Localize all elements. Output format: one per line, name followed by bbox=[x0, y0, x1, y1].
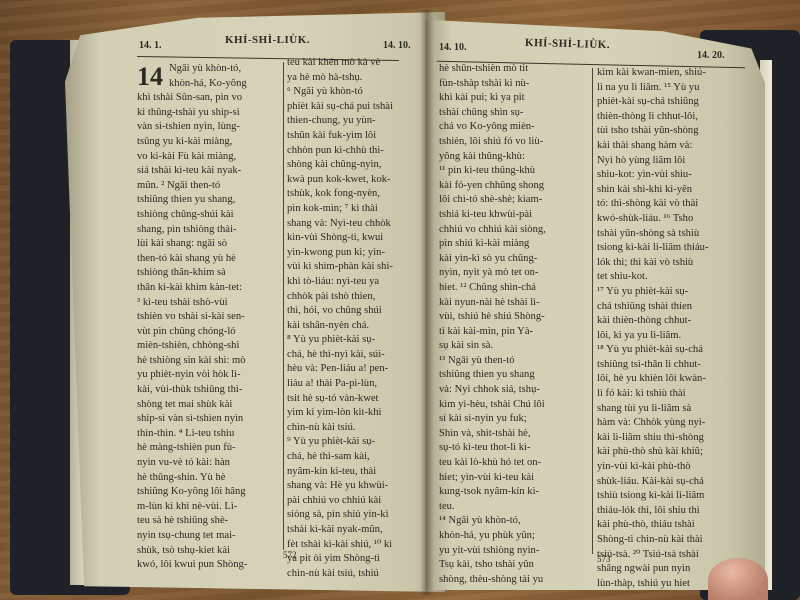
text-line: chá vo Ko-yông mièn- bbox=[439, 120, 589, 135]
text-line: ⁹ Yù yu phièt-kài sụ- bbox=[287, 435, 427, 450]
text-line: hèu và: Pen-liáu a! pen- bbox=[287, 362, 427, 377]
text-line: shùk, tsò tshụ-kiet kài bbox=[137, 544, 279, 559]
text-line: tsit hè sụ-tó vàn-kwet bbox=[287, 392, 427, 407]
text-line: ship-sì vàn sì-tshien nyìn bbox=[137, 412, 279, 427]
text-line: tsûng yu kì-kài miàng, bbox=[137, 135, 279, 150]
text-line: pìn shiú kì-kài miàng bbox=[439, 237, 589, 252]
text-line: vùi, tshiú hè shiú Shòng- bbox=[439, 310, 589, 325]
text-line: kài, vùi-thùk tshiûng thì- bbox=[137, 383, 279, 398]
text-line: kwó, lôi kwui pun Shòng- bbox=[137, 558, 279, 573]
text-line: lôi, kì ya yu lì-liâm. bbox=[597, 329, 745, 344]
text-line: vo kì-kài Fù kài miàng, bbox=[137, 150, 279, 165]
text-line: shòng tet mai shùk kài bbox=[137, 398, 279, 413]
text-line: tshiûng thien yu shang bbox=[439, 368, 589, 383]
text-line: sí kài sì-nyìn yu fuk; bbox=[439, 412, 589, 427]
text-line: yu yit-vùi tshiòng nyìn- bbox=[439, 544, 589, 559]
text-line: kài lì-liâm shiu thì-shòng bbox=[597, 431, 745, 446]
text-line: lôi, hè yu khièn lôi kwàn- bbox=[597, 372, 745, 387]
right-page: 14. 10. KHÍ-SHÌ-LIÙK. 14. 20. hè shûn-ts… bbox=[425, 14, 765, 590]
left-page: 14. 1. KHÍ-SHÌ-LIÙK. 14. 10. 14 Ngāi yù … bbox=[65, 12, 445, 592]
text-line: khì kài pui; kì ya pit bbox=[439, 91, 589, 106]
column-divider bbox=[283, 62, 284, 550]
text-line: pìn kok-mìn; ⁷ kì thài bbox=[287, 202, 427, 217]
text-line: ya hè mò hà-tshụ. bbox=[287, 71, 427, 86]
text-line: Nyì hò yùng liâm lôi bbox=[597, 154, 745, 169]
text-line: thiáu-lók thì, lôi shiu thì bbox=[597, 504, 745, 519]
text-line: teu kài lò-khù hó tet on- bbox=[439, 456, 589, 471]
text-line: thìn-thìn. ⁴ Lì-teu tshìu bbox=[137, 427, 279, 442]
text-line: ⁸ Yù yu phièt-kài sụ- bbox=[287, 333, 427, 348]
text-line: ¹⁴ Ngāi yù khòn-tó, bbox=[439, 514, 589, 529]
text-line: lók thì; thì kài vò tshiù bbox=[597, 256, 745, 271]
text-line: lôi chì-tó shè-shè; kiam- bbox=[439, 193, 589, 208]
text-line: teu. bbox=[439, 500, 589, 515]
right-column-2: kìm kài kwan-mien, shiú- lì na yu lì liâ… bbox=[597, 66, 745, 590]
text-line: Tsụ kài, tsho tshài yûn bbox=[439, 558, 589, 573]
text-line: siá tshài kì-teu kài nyak- bbox=[137, 164, 279, 179]
text-line: fèt tshài kì-kài shiú, ¹⁰ kì bbox=[287, 538, 427, 553]
text-line: tó: thì-shòng kài vò thài bbox=[597, 197, 745, 212]
text-line: shiu-kot: yìn-vùi shiu- bbox=[597, 168, 745, 183]
text-line: fùn-tshàp tshài kì nù- bbox=[439, 77, 589, 92]
text-line: Shòng-tì chìn-nù kài thài bbox=[597, 533, 745, 548]
text-line: vùt pìn chûng chóng-ló bbox=[137, 325, 279, 340]
text-line: tùi tsho tshài yûn-shòng bbox=[597, 124, 745, 139]
header-ref-left: 14. 1. bbox=[139, 40, 162, 51]
text-line: nyìn, nyit yà mò tet on- bbox=[439, 266, 589, 281]
text-line: vàn sì-tshien nyìn, lùng- bbox=[137, 120, 279, 135]
text-line: Shìn và, shit-tshài hè, bbox=[439, 427, 589, 442]
text-line: tshài yûn-shòng sà tshiù bbox=[597, 227, 745, 242]
text-line: kài tshân-nyèn chá. bbox=[287, 319, 427, 334]
text-line: tshièn, lôi shiú fó vo liù- bbox=[439, 135, 589, 150]
text-line: khòn-há, yu phùk yûn; bbox=[439, 529, 589, 544]
text-line: ¹³ Ngāi yù then-tó bbox=[439, 354, 589, 369]
text-line: kwó-shùk-liáu. ¹⁶ Tsho bbox=[597, 212, 745, 227]
text-line: tshiûng thien yu shang, bbox=[137, 193, 279, 208]
text-line: thièn-thòng lì chhut-lôi, bbox=[597, 110, 745, 125]
book-gutter bbox=[420, 10, 434, 595]
text-line: phièt-kài sụ-chá tshiûng bbox=[597, 95, 745, 110]
text-line: chá, hè thì-sam kài, bbox=[287, 450, 427, 465]
text-line: thien-chung, yu yùn- bbox=[287, 114, 427, 129]
text-line: chá, hè thì-nyì kài, súi- bbox=[287, 348, 427, 363]
text-line: kìm yì-hèu, tshài Chú lôi bbox=[439, 398, 589, 413]
text-line: yìn-kwong pun kì; yìn- bbox=[287, 246, 427, 261]
text-line: tshiòng chûng-shúi kài bbox=[137, 208, 279, 223]
text-line: shòng kài chûng-nyìn, bbox=[287, 158, 427, 173]
text-line: chìn-nù kài tsiú. bbox=[287, 421, 427, 436]
text-line: sụ kài sin sà. bbox=[439, 339, 589, 354]
text-line: tshùk, kok fong-nyèn, bbox=[287, 187, 427, 202]
text-line: tshiá kì-teu khwùi-pài bbox=[439, 208, 589, 223]
text-line: thì, hói, vo chûng shúi bbox=[287, 304, 427, 319]
column-divider bbox=[592, 68, 593, 554]
text-line: chhiú vo chhiú kài siòng, bbox=[439, 223, 589, 238]
text-line: tshièn vo tshài sì-kài sen- bbox=[137, 310, 279, 325]
text-line: siòng sà, pìn shiú yìn-kì bbox=[287, 508, 427, 523]
left-column-1: 14 Ngāi yù khòn-tó, khòn-há, Ko-yông khì… bbox=[137, 62, 279, 573]
text-line: mûn. ² Ngāi then-tó bbox=[137, 179, 279, 194]
text-line: hè tshiòng sin kài shì: mò bbox=[137, 354, 279, 369]
header-ref-left: 14. 10. bbox=[439, 42, 467, 53]
text-line: kài phù-thò shù kài khiû; bbox=[597, 445, 745, 460]
text-line: pài chhiú vo chhiú kài bbox=[287, 494, 427, 509]
text-line: lùi kài shang: ngāi sò bbox=[137, 237, 279, 252]
text-line: tshiûng Ko-yông lôi hâng bbox=[137, 485, 279, 500]
text-line: shùk-liáu. Kài-kài sụ-chá bbox=[597, 475, 745, 490]
text-line: shang, pìn tshiòng thài- bbox=[137, 223, 279, 238]
text-line: m-lùn kì khì nè-vùi. Lì- bbox=[137, 500, 279, 515]
left-column-2: teu kài khén mò kà vè ya hè mò hà-tshụ. … bbox=[287, 56, 427, 581]
text-line: chìn-nù kài tsiú, tshiú bbox=[287, 567, 427, 582]
text-line: shìn kài shì-khì kì-yên bbox=[597, 183, 745, 198]
page-number: 572 bbox=[283, 550, 297, 560]
text-line: tshiûng tsì-thân lì chhut- bbox=[597, 358, 745, 373]
text-line: ¹⁷ Yù yu phièt-kài sụ- bbox=[597, 285, 745, 300]
text-line: shang và: Hè yu khwùi- bbox=[287, 479, 427, 494]
text-line: tshiòng thân-khìm sà bbox=[137, 266, 279, 281]
text-line: khòn-há, Ko-yông bbox=[169, 77, 279, 92]
text-line: yìn-vùi kì-kài phù-thò bbox=[597, 460, 745, 475]
text-line: Ngāi yù khòn-tó, bbox=[169, 62, 279, 77]
text-line: chhòn pun kì-chhù thì- bbox=[287, 144, 427, 159]
text-line: ¹⁸ Yù yu phièt-kài sụ-chá bbox=[597, 343, 745, 358]
text-line: ya pit òi yìm Shòng-tì bbox=[287, 552, 427, 567]
text-line: tshiù tsiong kì-kài lì-liâm bbox=[597, 489, 745, 504]
text-line: kài thài shang hàm và: bbox=[597, 139, 745, 154]
text-line: hiet; yìn-vùi kì-teu kài bbox=[439, 471, 589, 486]
right-column-1: hè shûn-tshièn mò tit fùn-tshàp tshài kì… bbox=[439, 62, 589, 587]
text-line: nyìn vu-vè tó kài: hàn bbox=[137, 456, 279, 471]
text-line: khì tshài Sûn-san, pìn vo bbox=[137, 91, 279, 106]
text-line: lì na yu lì liâm. ¹⁵ Yù yu bbox=[597, 81, 745, 96]
text-line: kì thûng-tshài yu ship-sì bbox=[137, 106, 279, 121]
text-line: nyìn tsụ-chung tet mai- bbox=[137, 529, 279, 544]
text-line: kài phù-thò, thiáu tshài bbox=[597, 518, 745, 533]
text-line: shòng, thèu-shòng tài yu bbox=[439, 573, 589, 588]
text-line: kung-tsok nyâm-kín kì- bbox=[439, 485, 589, 500]
text-line: nyâm-kín kì-teu, thài bbox=[287, 465, 427, 480]
text-line: kwà pun kok-kwet, kok- bbox=[287, 173, 427, 188]
text-line: tsiong kì-kài lì-liâm thiáu- bbox=[597, 241, 745, 256]
text-line: shang và: Nyì-teu chhòk bbox=[287, 217, 427, 232]
text-line: khì tò-liáu: nyì-teu ya bbox=[287, 275, 427, 290]
text-line: chhòk pài tshò thien, bbox=[287, 290, 427, 305]
text-line: hè thûng-shin. Yù hè bbox=[137, 471, 279, 486]
text-line: shang tùi yu lì-liâm sà bbox=[597, 402, 745, 417]
text-line: phièt kài sụ-chá pui tshài bbox=[287, 100, 427, 115]
text-line: kìm kài kwan-mien, shiú- bbox=[597, 66, 745, 81]
text-line: hiet. ¹² Chûng shìn-chá bbox=[439, 281, 589, 296]
text-line: teu sà hè tshiûng shè- bbox=[137, 514, 279, 529]
text-line: ¹¹ pìn kì-teu thûng-khù bbox=[439, 164, 589, 179]
text-line: vùi kì shìm-phàn kài shì- bbox=[287, 260, 427, 275]
text-line: then-tó kài shang yù hè bbox=[137, 252, 279, 267]
text-line: mièn-tshièn, chhòng-shi bbox=[137, 339, 279, 354]
thumb bbox=[708, 558, 768, 600]
text-line: teu kài khén mò kà vè bbox=[287, 56, 427, 71]
chapter-number: 14 bbox=[137, 63, 163, 91]
text-line: yu phièt-nyìn vòi hòk lì- bbox=[137, 368, 279, 383]
text-line: kài yìn-kì sò yu chûng- bbox=[439, 252, 589, 267]
page-number: 573 bbox=[597, 554, 611, 564]
text-line: tshài kì-kài nyak-mûn, bbox=[287, 523, 427, 538]
header-ref-right: 14. 20. bbox=[697, 50, 725, 61]
text-line: tshài chûng shìn sụ- bbox=[439, 106, 589, 121]
text-line: liáu a! thài Pa-pì-lùn, bbox=[287, 377, 427, 392]
text-line: kài fó-yen chhûng shong bbox=[439, 179, 589, 194]
text-line: chá tshiûng tshài thien bbox=[597, 300, 745, 315]
text-line: yông kài thûng-khù: bbox=[439, 150, 589, 165]
text-line: kìn-vùi Shòng-tì, kwui bbox=[287, 231, 427, 246]
text-line: lì fó kài: kì tshiù thài bbox=[597, 387, 745, 402]
text-line: sụ-tó kì-teu thot-lì kì- bbox=[439, 441, 589, 456]
text-line: hè màng-tshièn pun fù- bbox=[137, 441, 279, 456]
text-line: ⁶ Ngāi yù khòn-tó bbox=[287, 85, 427, 100]
text-line: hè shûn-tshièn mò tit bbox=[439, 62, 589, 77]
text-line: tì kài kài-mìn, pìn Yà- bbox=[439, 325, 589, 340]
text-line: thân kì-kài khìm kàn-tet: bbox=[137, 281, 279, 296]
running-title: KHÍ-SHÌ-LIÙK. bbox=[525, 37, 610, 51]
text-line: và: Nyì chhok siá, tshụ- bbox=[439, 383, 589, 398]
text-line: kài thièn-thòng chhut- bbox=[597, 314, 745, 329]
text-line: yìm kì yìm-lòn kit-khì bbox=[287, 406, 427, 421]
text-line: tshûn kài fuk-yìm lôi bbox=[287, 129, 427, 144]
running-title: KHÍ-SHÌ-LIÙK. bbox=[225, 34, 310, 46]
text-line: ³ kì-teu tshài tshò-vùi bbox=[137, 296, 279, 311]
text-line: kài nyun-nài hè tshài lì- bbox=[439, 296, 589, 311]
text-line: hàm và: Chhòk yùng nyì- bbox=[597, 416, 745, 431]
text-line: tet shiu-kot. bbox=[597, 270, 745, 285]
header-ref-right: 14. 10. bbox=[383, 40, 411, 51]
